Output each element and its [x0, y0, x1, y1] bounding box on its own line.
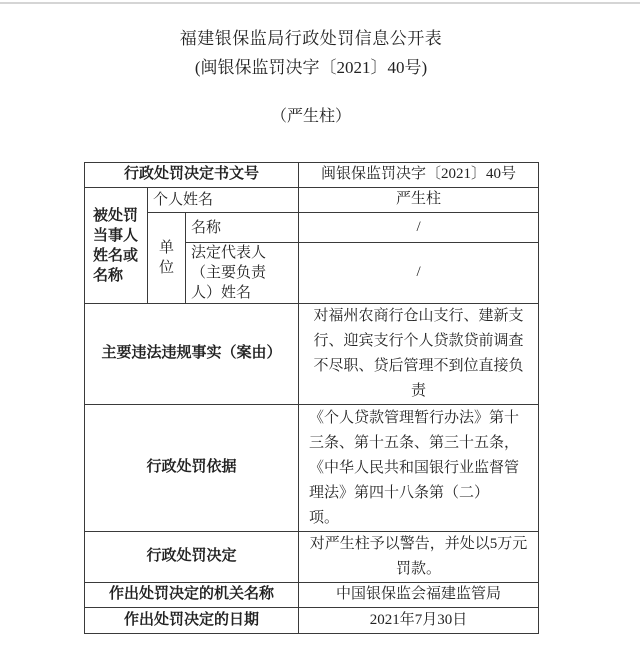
legal-rep-value: /: [299, 243, 539, 304]
table-row-doc-number: 行政处罚决定书文号 闽银保监罚决字〔2021〕40号: [85, 163, 539, 188]
top-divider-rule: [0, 2, 640, 4]
table-row-facts: 主要违法违规事实（案由） 对福州农商行仓山支行、建新支 行、迎宾支行个人贷款贷前…: [85, 304, 539, 405]
date-label: 作出处罚决定的日期: [85, 608, 299, 634]
page-title: 福建银保监局行政处罚信息公开表: [84, 24, 538, 49]
legal-rep-label: 法定代表人 （主要负责 人）姓名: [186, 243, 299, 304]
table-row-unit-name: 单 位 名称 /: [85, 213, 539, 243]
basis-value: 《个人贷款管理暂行办法》第十 三条、第十五条、第三十五条， 《中华人民共和国银行…: [299, 405, 539, 532]
table-row-date: 作出处罚决定的日期 2021年7月30日: [85, 608, 539, 634]
penalty-info-table: 行政处罚决定书文号 闽银保监罚决字〔2021〕40号 被处罚 当事人 姓名或 名…: [84, 162, 539, 634]
doc-number-label: 行政处罚决定书文号: [85, 163, 299, 188]
page-subtitle-person: （严生柱）: [84, 103, 538, 126]
unit-name-label: 名称: [186, 213, 299, 243]
date-value: 2021年7月30日: [299, 608, 539, 634]
authority-label: 作出处罚决定的机关名称: [85, 583, 299, 608]
doc-number-value: 闽银保监罚决字〔2021〕40号: [299, 163, 539, 188]
table-row-person-name: 被处罚 当事人 姓名或 名称 个人姓名 严生柱: [85, 188, 539, 213]
authority-value: 中国银保监会福建监管局: [299, 583, 539, 608]
decision-value: 对严生柱予以警告，并处以5万元 罚款。: [299, 532, 539, 583]
facts-label: 主要违法违规事实（案由）: [85, 304, 299, 405]
basis-label: 行政处罚依据: [85, 405, 299, 532]
table-row-basis: 行政处罚依据 《个人贷款管理暂行办法》第十 三条、第十五条、第三十五条， 《中华…: [85, 405, 539, 532]
page-subtitle-doc-number: (闽银保监罚决字〔2021〕40号): [84, 53, 538, 78]
punished-party-label: 被处罚 当事人 姓名或 名称: [85, 188, 148, 304]
unit-name-value: /: [299, 213, 539, 243]
person-name-label: 个人姓名: [148, 188, 299, 213]
facts-value: 对福州农商行仓山支行、建新支 行、迎宾支行个人贷款贷前调查 不尽职、贷后管理不到…: [299, 304, 539, 405]
table-row-decision: 行政处罚决定 对严生柱予以警告，并处以5万元 罚款。: [85, 532, 539, 583]
table-row-authority: 作出处罚决定的机关名称 中国银保监会福建监管局: [85, 583, 539, 608]
decision-label: 行政处罚决定: [85, 532, 299, 583]
unit-label: 单 位: [148, 213, 186, 304]
person-name-value: 严生柱: [299, 188, 539, 213]
